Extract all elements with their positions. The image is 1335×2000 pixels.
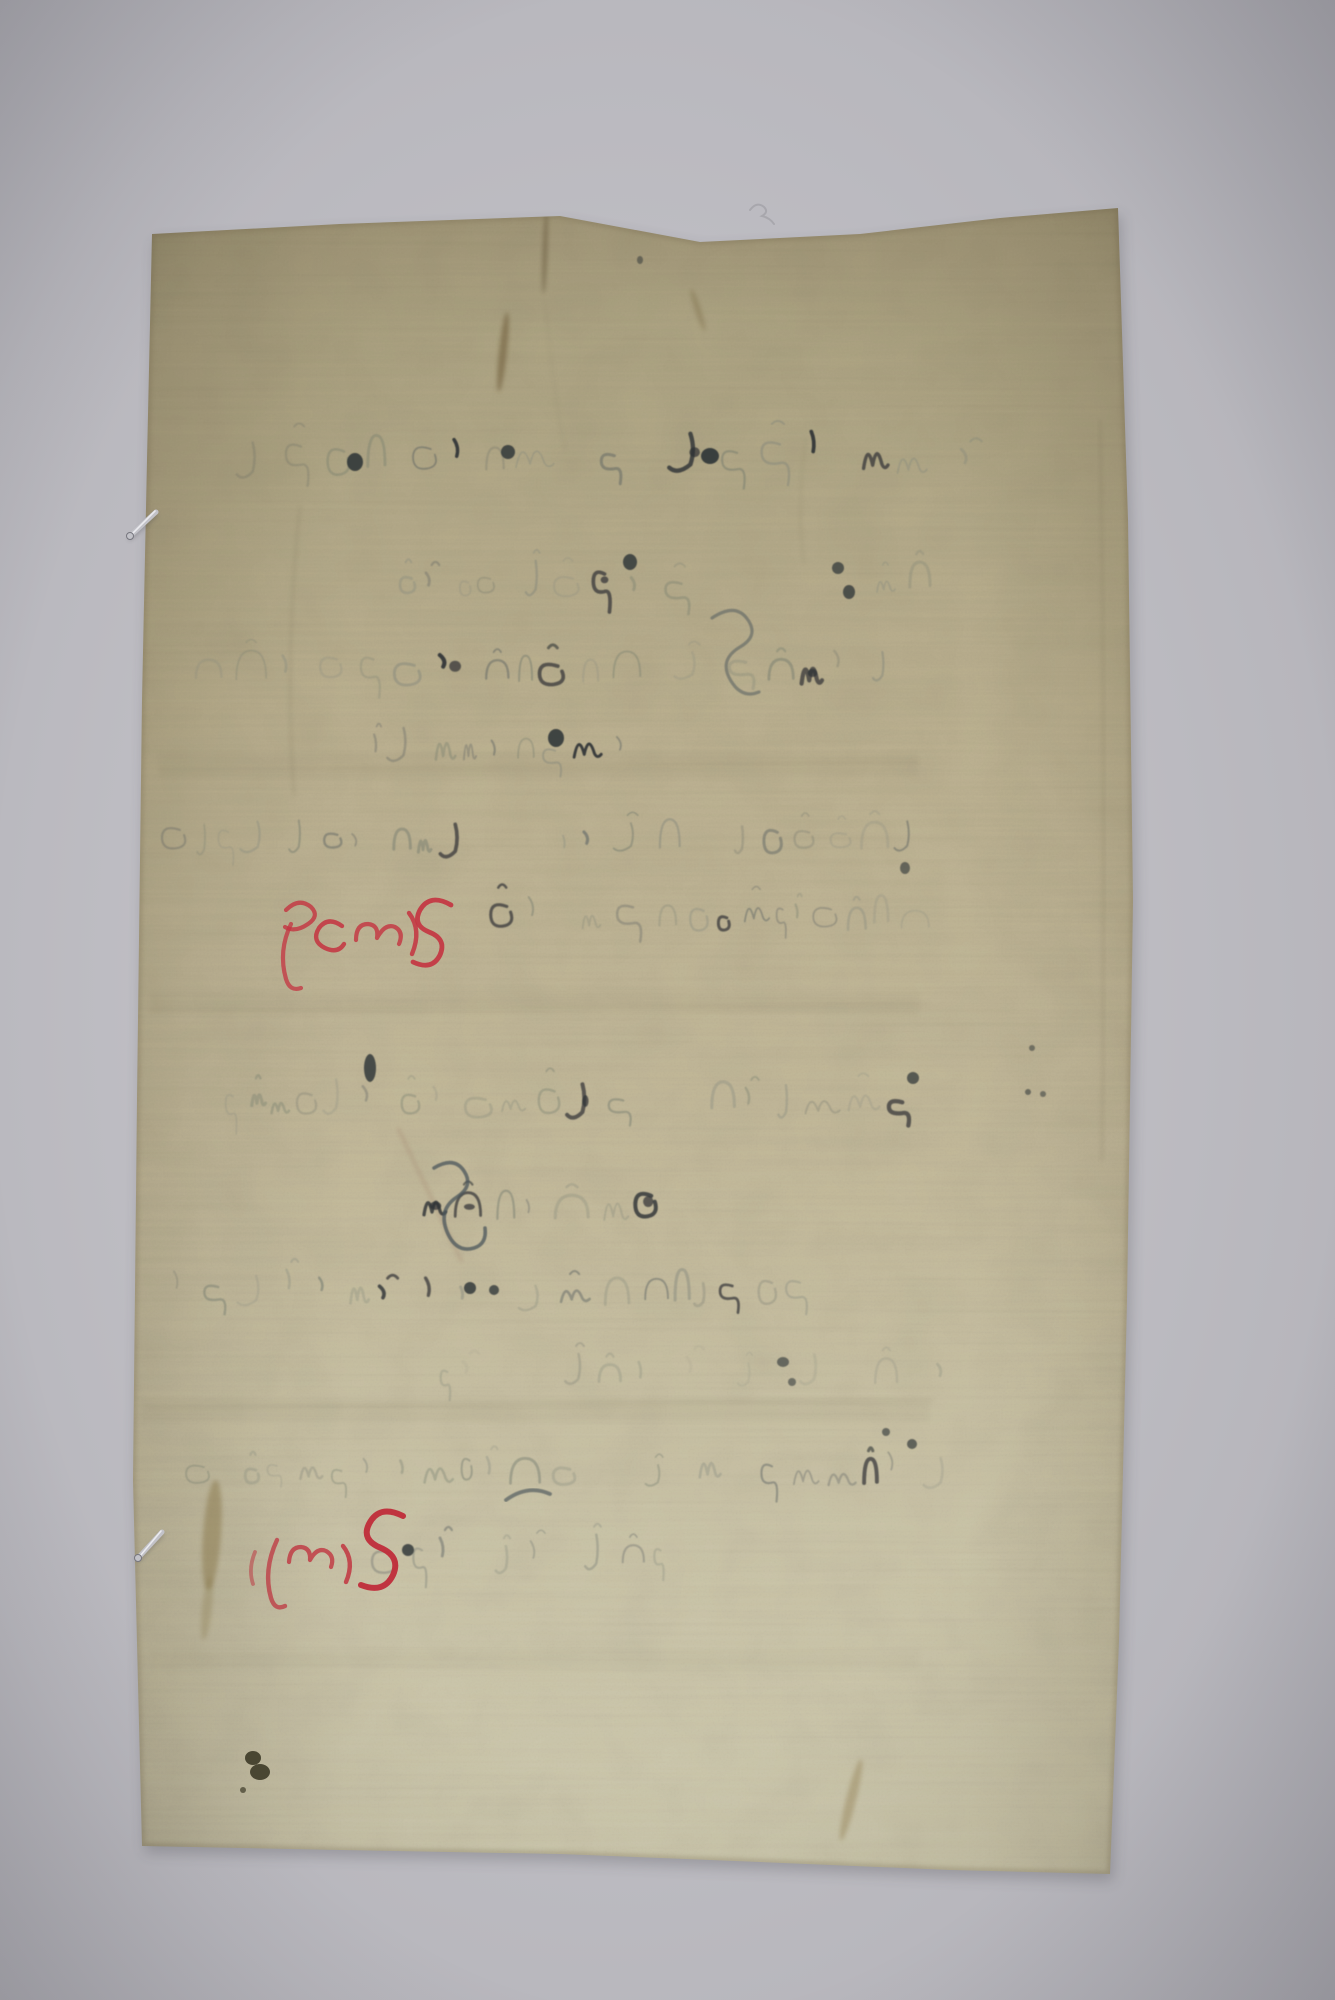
photo-vignette — [0, 0, 1335, 2000]
manuscript-photograph — [0, 0, 1335, 2000]
photo-stage — [0, 0, 1335, 2000]
photo-canvas — [0, 0, 1335, 2000]
